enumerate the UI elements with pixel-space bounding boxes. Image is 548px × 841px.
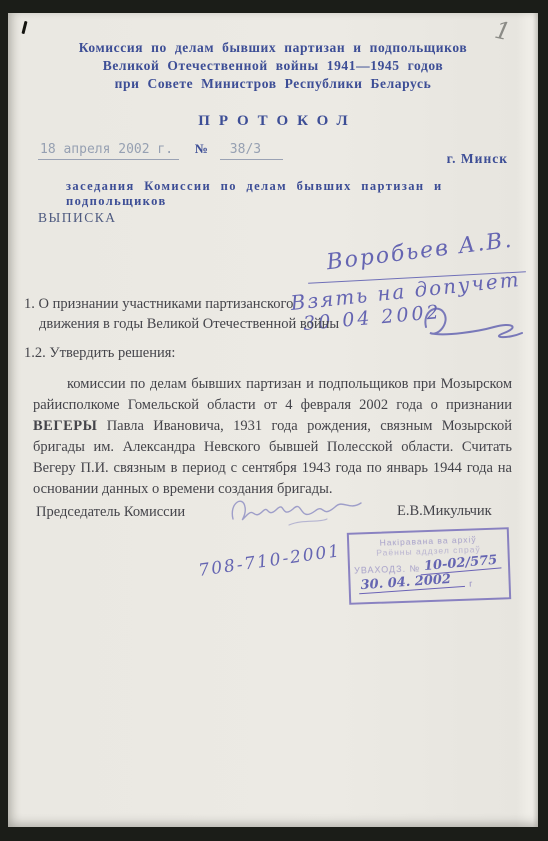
letterhead-line3: при Совете Министров Республики Беларусь (8, 75, 538, 93)
decision-paragraph: комиссии по делам бывших партизан и подп… (33, 374, 512, 500)
number-sign: № (195, 141, 208, 156)
staple-mark (21, 21, 27, 34)
signer-name: Е.В.Микульчик (397, 503, 492, 520)
handwritten-name: Воробьев А.В. (325, 228, 514, 276)
handwritten-file-number: 708-710-2001 (197, 541, 342, 581)
agenda-item-line1: 1. О признании участниками партизанского (24, 296, 293, 313)
letterhead-line1: Комиссия по делам бывших партизан и подп… (8, 39, 538, 57)
handwritten-paraph (420, 297, 530, 342)
letterhead-line2: Великой Отечественной войны 1941—1945 го… (8, 57, 538, 75)
document-subtitle: заседания Комиссии по делам бывших парти… (66, 179, 526, 209)
paragraph-surname: ВЕГЕРЫ (33, 418, 97, 434)
document-date: 18 апреля 2002 г. (38, 142, 179, 160)
letterhead: Комиссия по делам бывших партизан и подп… (8, 39, 538, 93)
registration-stamp: Накіравана ва архіў Раённы аддзел спраў … (347, 527, 511, 605)
decision-item: 1.2. Утвердить решения: (24, 345, 175, 362)
extract-label: ВЫПИСКА (38, 210, 117, 226)
agenda-item-line2: движения в годы Великой Отечественной во… (39, 316, 339, 333)
date-number-row: 18 апреля 2002 г. № 38/3 (38, 141, 283, 157)
paragraph-text-pre: комиссии по делам бывших партизан и подп… (33, 376, 512, 413)
chairman-signature (223, 485, 368, 533)
stamp-date-suffix: г (469, 578, 473, 588)
signer-role: Председатель Комиссии (36, 504, 185, 521)
scanner-background: 1 Комиссия по делам бывших партизан и по… (0, 0, 548, 841)
city-label: г. Минск (447, 151, 508, 167)
document-page: 1 Комиссия по делам бывших партизан и по… (8, 13, 538, 827)
document-number: 38/3 (220, 142, 283, 160)
document-title: ПРОТОКОЛ (8, 113, 538, 130)
